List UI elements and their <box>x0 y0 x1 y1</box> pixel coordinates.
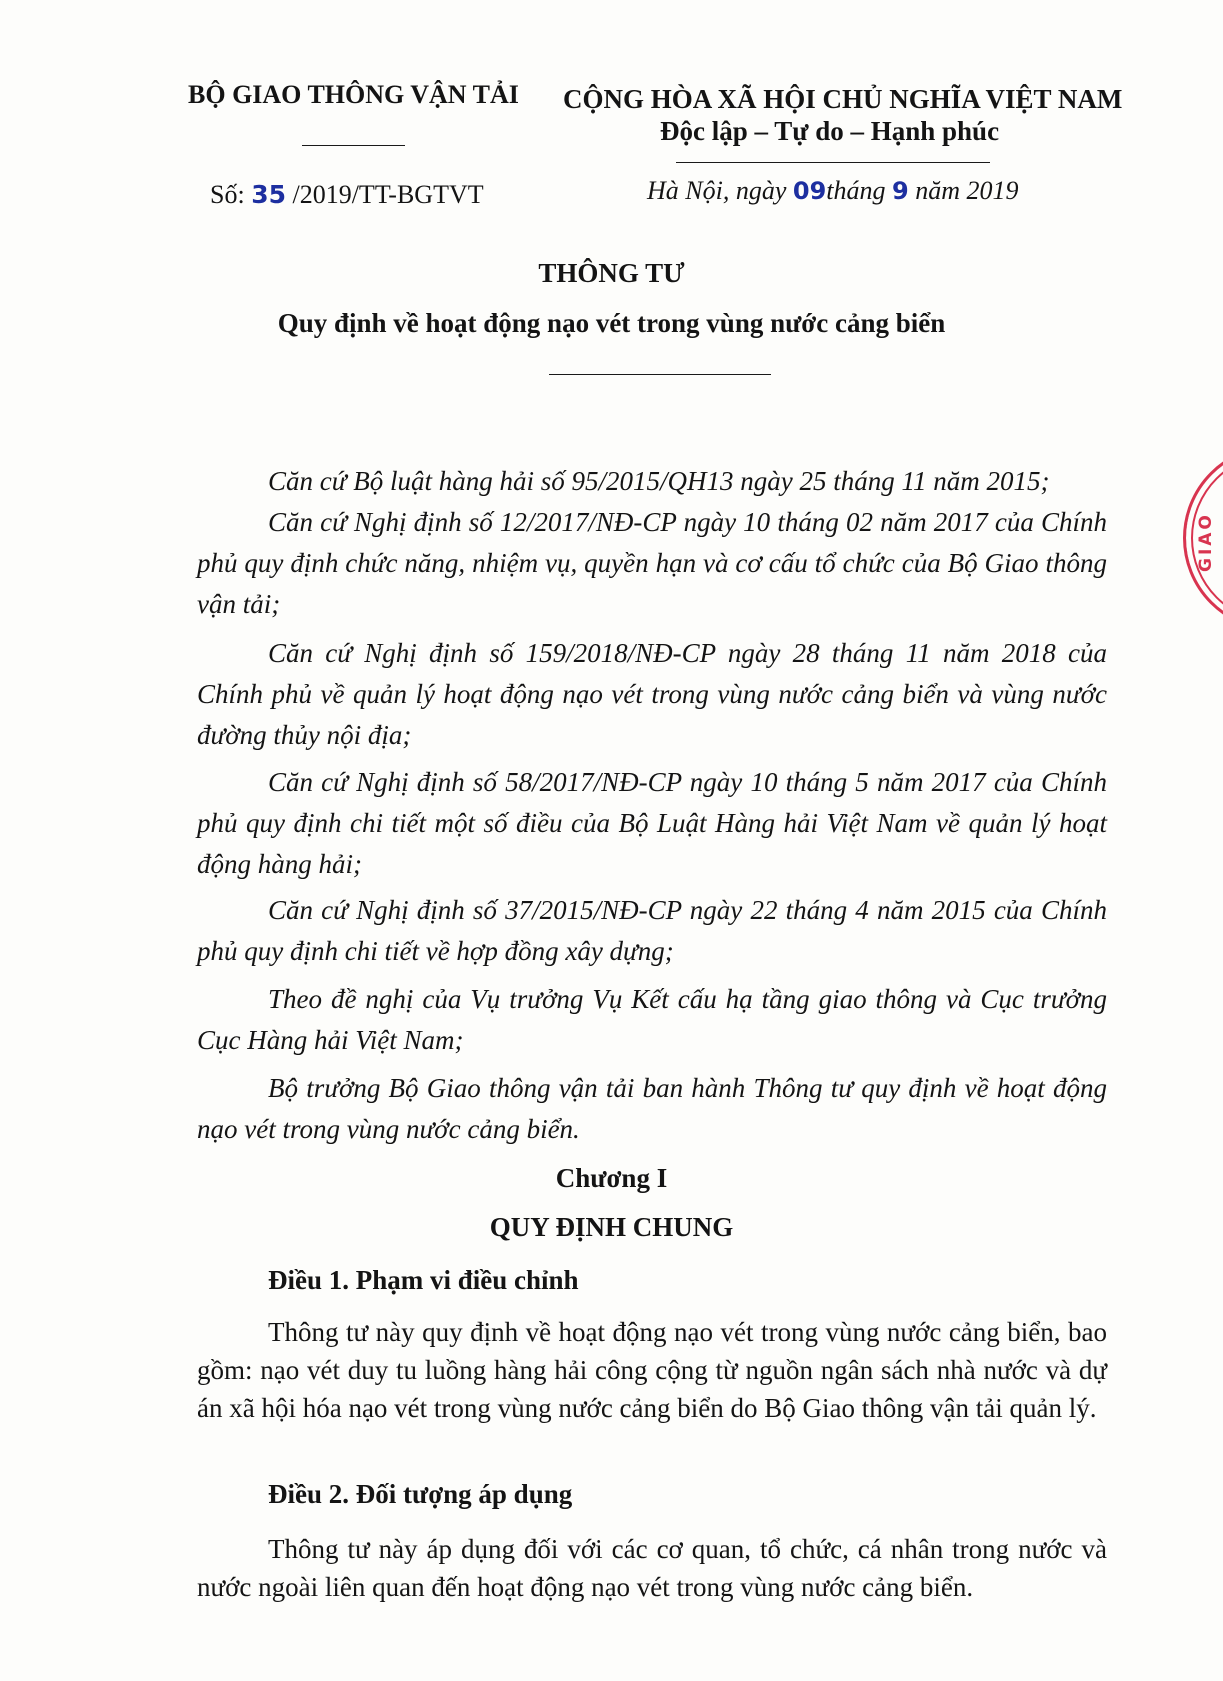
preamble-3: Căn cứ Nghị định số 159/2018/NĐ-CP ngày … <box>197 633 1107 756</box>
motto-underline <box>676 162 990 163</box>
preamble-7: Bộ trưởng Bộ Giao thông vận tải ban hành… <box>197 1068 1107 1150</box>
seal-text: GIAO <box>1196 512 1216 572</box>
chapter-title: QUY ĐỊNH CHUNG <box>0 1212 1223 1243</box>
country-name: CỘNG HÒA XÃ HỘI CHỦ NGHĨA VIỆT NAM <box>563 84 1122 115</box>
handwritten-month: 9 <box>892 177 909 205</box>
article-2-body: Thông tư này áp dụng đối với các cơ quan… <box>197 1530 1107 1606</box>
date-year: năm 2019 <box>915 176 1018 205</box>
ministry-name: BỘ GIAO THÔNG VẬN TẢI <box>188 80 519 110</box>
document-type: THÔNG TƯ <box>0 258 1223 289</box>
title-underline <box>549 374 771 375</box>
preamble-2: Căn cứ Nghị định số 12/2017/NĐ-CP ngày 1… <box>197 502 1107 625</box>
preamble-4: Căn cứ Nghị định số 58/2017/NĐ-CP ngày 1… <box>197 762 1107 885</box>
article-1-body: Thông tư này quy định về hoạt động nạo v… <box>197 1313 1107 1427</box>
national-motto: Độc lập – Tự do – Hạnh phúc <box>660 116 999 147</box>
chapter-number: Chương I <box>0 1163 1223 1194</box>
issue-date: Hà Nội, ngày 09tháng 9 năm 2019 <box>647 176 1019 206</box>
handwritten-number: 35 <box>251 180 286 209</box>
ministry-underline <box>302 145 405 146</box>
preamble-6: Theo đề nghị của Vụ trưởng Vụ Kết cấu hạ… <box>197 979 1107 1061</box>
handwritten-day: 09 <box>793 177 826 205</box>
document-subject: Quy định về hoạt động nạo vét trong vùng… <box>0 308 1223 339</box>
date-month-label: tháng <box>826 176 885 205</box>
document-number: Số: 35 /2019/TT-BGTVT <box>210 180 484 210</box>
article-1-heading: Điều 1. Phạm vi điều chỉnh <box>268 1265 579 1296</box>
article-2-heading: Điều 2. Đối tượng áp dụng <box>268 1479 572 1510</box>
preamble-1: Căn cứ Bộ luật hàng hải số 95/2015/QH13 … <box>197 461 1107 502</box>
date-prefix: Hà Nội, ngày <box>647 176 786 205</box>
preamble-5: Căn cứ Nghị định số 37/2015/NĐ-CP ngày 2… <box>197 890 1107 972</box>
number-prefix: Số: <box>210 180 245 209</box>
number-suffix: /2019/TT-BGTVT <box>292 180 483 209</box>
